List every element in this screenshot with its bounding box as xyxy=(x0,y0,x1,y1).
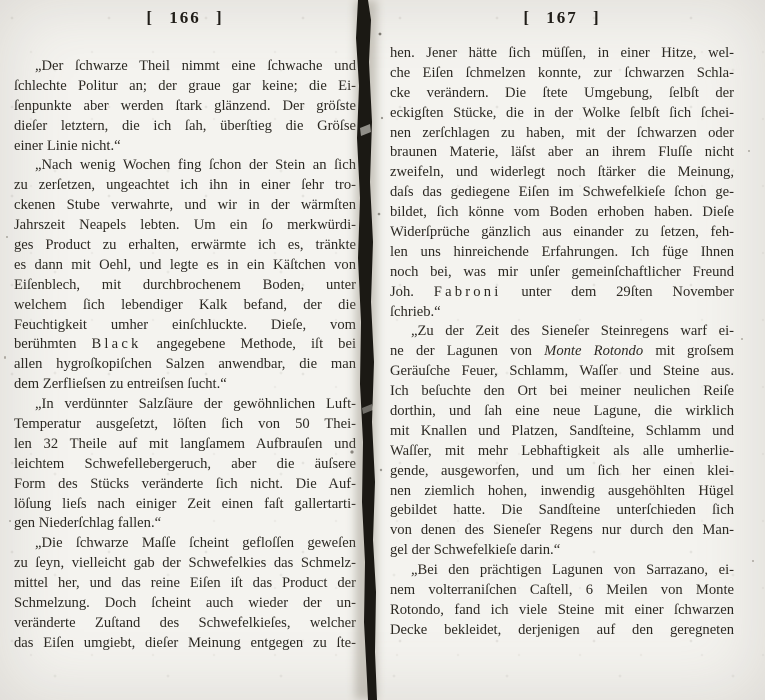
text-line: eckigſten Stücke, die in der Wolke ſelbſ… xyxy=(390,104,734,124)
text-segment: veränderte Zuſtand des Schwefelkieſes, w… xyxy=(14,615,356,631)
text-segment: Joh. xyxy=(390,284,434,300)
text-line: „Zu der Zeit des Sieneſer Steinregens wa… xyxy=(390,322,734,342)
text-line: Waſſer, mit mehr Lebhaftigkeit als alle … xyxy=(390,442,734,462)
right-page: [ 167 ] hen. Jener hätte ſich müſſen, in… xyxy=(384,0,765,700)
text-segment: ſenpunkte aber werden ſtark glänzend. De… xyxy=(14,98,356,114)
text-segment: mittel her, und das reine Eiſen iſt das … xyxy=(14,575,356,591)
text-line: „In verdünnter Salzſäure der gewöhnliche… xyxy=(14,395,356,415)
text-line: gende, ausgeworfen, und um ſich her eine… xyxy=(390,462,734,482)
text-line: Feuchtigkeit umher einſchluckte. Dieſe, … xyxy=(14,316,356,336)
text-segment: Feuchtigkeit umher einſchluckte. Dieſe, … xyxy=(14,317,356,333)
text-segment: ſchrieb.“ xyxy=(390,304,441,320)
text-segment: ges Product zu erhalten, erwärmte ich es… xyxy=(14,237,356,253)
text-segment: „Bei den prächtigen Lagunen von Sarrazan… xyxy=(411,562,734,578)
text-line: mit Knallen und Platzen, Sandſteine, Sch… xyxy=(390,422,734,442)
text-line: len uns hinreichende Erfahrungen. Ich fü… xyxy=(390,243,734,263)
text-segment: zu zerſetzen, ungeachtet ich ihn in eine… xyxy=(14,177,356,193)
text-line: ſchrieb.“ xyxy=(390,303,734,323)
text-segment: leichtem Schwefellebergeruch, aber die ä… xyxy=(14,456,356,472)
text-segment: Widerſprüche gänzlich aus einander zu ſe… xyxy=(390,224,734,240)
paper-speckle xyxy=(6,236,8,238)
text-segment: daſs das gediegene Eiſen im Schwefelkieſ… xyxy=(390,184,734,200)
text-segment-it: Monte Rotondo xyxy=(544,343,643,359)
text-line: Schmelzung. Doch ſcheint auch wieder der… xyxy=(14,594,356,614)
text-line: Decke bekleidet, derjenigen auf den gere… xyxy=(390,621,734,641)
text-segment: einer Linie nicht.“ xyxy=(14,138,121,154)
text-segment: „Der ſchwarze Theil nimmt eine ſchwache … xyxy=(35,58,356,74)
text-line: hen. Jener hätte ſich müſſen, in einer H… xyxy=(390,44,734,64)
text-segment: Waſſer, mit mehr Lebhaftigkeit als alle … xyxy=(390,443,734,459)
text-segment: Temperatur ausgeſetzt, löſten ſich von 5… xyxy=(14,416,356,432)
text-line: „Bei den prächtigen Lagunen von Sarrazan… xyxy=(390,561,734,581)
text-line: Temperatur ausgeſetzt, löſten ſich von 5… xyxy=(14,415,356,435)
text-segment: Geräuſche Feuer, Schlamm, Waſſer und Ste… xyxy=(390,363,734,379)
paper-speckle xyxy=(752,560,754,562)
paper-speckle xyxy=(741,338,743,340)
text-segment-sp: Fabroni xyxy=(434,284,502,300)
text-line: Form des Stücks veränderte ſich nicht. D… xyxy=(14,475,356,495)
text-segment: noch bei, was mir unſer gemeinſchaftlich… xyxy=(390,264,734,280)
text-line: es dann mit Oehl, und legte es in ein Kä… xyxy=(14,256,356,276)
text-segment: das Eiſen umgiebt, dieſer Meinung entgeg… xyxy=(14,635,356,651)
text-segment: mit groſsem xyxy=(643,343,734,359)
text-line: einer Linie nicht.“ xyxy=(14,137,356,157)
text-segment: nem volterraniſchen Caſtell, 6 Meilen vo… xyxy=(390,582,734,598)
text-segment: Rotondo, fand ich viele Steine mit einer… xyxy=(390,602,734,618)
paper-speckle xyxy=(9,520,11,522)
text-segment: zweifeln, und widerlegt noch ſtärker die… xyxy=(390,164,734,180)
text-segment: ſchlechte Politur an; der graue gar kein… xyxy=(14,78,356,94)
text-line: leichtem Schwefellebergeruch, aber die ä… xyxy=(14,455,356,475)
text-line: zu zerſetzen, ungeachtet ich ihn in eine… xyxy=(14,176,356,196)
text-segment: zu ſeyn, vielleicht gab der Schwefelkies… xyxy=(14,555,356,571)
text-segment: che Eiſen ſchmelzen konnte, zur ſchwarze… xyxy=(390,65,734,81)
text-segment: bildet, ſich könne vom Boden erhoben hab… xyxy=(390,204,734,220)
text-line: Ich beſuchte den Ort bei meiner neuliche… xyxy=(390,382,734,402)
text-segment: „Zu der Zeit des Sieneſer Steinregens wa… xyxy=(411,323,734,339)
text-line: Jahrszeit Neapels lebten. Um ein ſo merk… xyxy=(14,216,356,236)
text-line: allen hygroſkopiſchen Salzen anwendbar, … xyxy=(14,355,356,375)
text-line: ckenen Stube verwahrte, und wir in der w… xyxy=(14,196,356,216)
text-segment: hen. Jener hätte ſich müſſen, in einer H… xyxy=(390,45,734,61)
page-number-right: [ 167 ] xyxy=(390,8,734,28)
text-line: zu ſeyn, vielleicht gab der Schwefelkies… xyxy=(14,554,356,574)
text-line: „Die ſchwarze Maſſe ſcheint gefloſſen ge… xyxy=(14,534,356,554)
text-segment: mit Knallen und Platzen, Sandſteine, Sch… xyxy=(390,423,734,439)
text-segment: dem Zerflieſsen zu entreiſsen ſucht.“ xyxy=(14,376,227,392)
text-segment: es dann mit Oehl, und legte es in ein Kä… xyxy=(14,257,356,273)
text-line: gel der Schwefelkieſe darin.“ xyxy=(390,541,734,561)
text-segment: dieſer letztern, die ich ſah, überſtieg … xyxy=(14,118,356,134)
text-line: Eiſenblech, mit durchbrochenem Boden, un… xyxy=(14,276,356,296)
text-line: Joh. Fabroni unter dem 29ſten November xyxy=(390,283,734,303)
right-page-text: hen. Jener hätte ſich müſſen, in einer H… xyxy=(390,44,734,641)
text-line: cke verändern. Die ſtete Umgebung, ſelbſ… xyxy=(390,84,734,104)
text-segment: Jahrszeit Neapels lebten. Um ein ſo merk… xyxy=(14,217,356,233)
text-line: löſung lieſs nach einiger Zeit einen faſ… xyxy=(14,495,356,515)
text-segment: Eiſenblech, mit durchbrochenem Boden, un… xyxy=(14,277,356,293)
text-line: Rotondo, fand ich viele Steine mit einer… xyxy=(390,601,734,621)
text-line: welchem ſich lebendiger Kalk befand, der… xyxy=(14,296,356,316)
text-segment: eckigſten Stücke, die in der Wolke ſelbſ… xyxy=(390,105,734,121)
paper-speckle xyxy=(748,150,750,152)
text-line: von denen des Sieneſer Regens nur durch … xyxy=(390,521,734,541)
text-segment: nen ziemlich hohen, inwendig ausgehöhlte… xyxy=(390,483,734,499)
text-line: „Nach wenig Wochen fing ſchon der Stein … xyxy=(14,156,356,176)
text-line: gen Niederſchlag fallen.“ xyxy=(14,514,356,534)
text-line: ne der Lagunen von Monte Rotondo mit gro… xyxy=(390,342,734,362)
text-segment: allen hygroſkopiſchen Salzen anwendbar, … xyxy=(14,356,356,372)
text-line: berühmten Black angegebene Methode, iſt … xyxy=(14,335,356,355)
text-segment: gende, ausgeworfen, und um ſich her eine… xyxy=(390,463,734,479)
text-segment: welchem ſich lebendiger Kalk befand, der… xyxy=(14,297,356,313)
text-segment: len 32 Theile auf mit langſamem Aufbrauſ… xyxy=(14,436,356,452)
left-page: [ 166 ] „Der ſchwarze Theil nimmt eine ſ… xyxy=(0,0,356,700)
text-line: gebildet hatte. Die Sandſteine unterſchi… xyxy=(390,501,734,521)
text-segment: gel der Schwefelkieſe darin.“ xyxy=(390,542,560,558)
text-segment: ckenen Stube verwahrte, und wir in der w… xyxy=(14,197,356,213)
paper-speckle xyxy=(4,356,6,359)
text-line: Widerſprüche gänzlich aus einander zu ſe… xyxy=(390,223,734,243)
book-spread-scan: [ 166 ] „Der ſchwarze Theil nimmt eine ſ… xyxy=(0,0,765,700)
text-line: Geräuſche Feuer, Schlamm, Waſſer und Ste… xyxy=(390,362,734,382)
text-line: dieſer letztern, die ich ſah, überſtieg … xyxy=(14,117,356,137)
left-page-text: „Der ſchwarze Theil nimmt eine ſchwache … xyxy=(14,57,356,654)
text-segment: dorthin, und ſah eine neue Lagune, die w… xyxy=(390,403,734,419)
text-line: nem volterraniſchen Caſtell, 6 Meilen vo… xyxy=(390,581,734,601)
text-line: das Eiſen umgiebt, dieſer Meinung entgeg… xyxy=(14,634,356,654)
text-line: dem Zerflieſsen zu entreiſsen ſucht.“ xyxy=(14,375,356,395)
text-segment: von denen des Sieneſer Regens nur durch … xyxy=(390,522,734,538)
text-line: daſs das gediegene Eiſen im Schwefelkieſ… xyxy=(390,183,734,203)
text-line: veränderte Zuſtand des Schwefelkieſes, w… xyxy=(14,614,356,634)
book-gutter xyxy=(344,0,390,700)
text-segment: „Nach wenig Wochen fing ſchon der Stein … xyxy=(35,157,356,173)
text-line: braunen Materie, läſst aber an ihrem Flu… xyxy=(390,143,734,163)
text-segment: unter dem 29ſten November xyxy=(502,284,734,300)
text-segment: Decke bekleidet, derjenigen auf den gere… xyxy=(390,622,734,638)
text-segment: nen zerſchlagen zu haben, mit der ſchwar… xyxy=(390,125,734,141)
text-line: noch bei, was mir unſer gemeinſchaftlich… xyxy=(390,263,734,283)
text-segment: löſung lieſs nach einiger Zeit einen faſ… xyxy=(14,496,356,512)
text-line: mittel her, und das reine Eiſen iſt das … xyxy=(14,574,356,594)
page-number-left: [ 166 ] xyxy=(14,8,356,28)
text-segment: cke verändern. Die ſtete Umgebung, ſelbſ… xyxy=(390,85,734,101)
text-segment: Schmelzung. Doch ſcheint auch wieder der… xyxy=(14,595,356,611)
text-line: ſenpunkte aber werden ſtark glänzend. De… xyxy=(14,97,356,117)
text-segment: len uns hinreichende Erfahrungen. Ich fü… xyxy=(390,244,734,260)
text-line: dorthin, und ſah eine neue Lagune, die w… xyxy=(390,402,734,422)
text-segment: Form des Stücks veränderte ſich nicht. D… xyxy=(14,476,356,492)
text-line: che Eiſen ſchmelzen konnte, zur ſchwarze… xyxy=(390,64,734,84)
text-segment: „In verdünnter Salzſäure der gewöhnliche… xyxy=(35,396,356,412)
text-segment: berühmten xyxy=(14,336,91,352)
text-segment: „Die ſchwarze Maſſe ſcheint gefloſſen ge… xyxy=(35,535,356,551)
text-line: len 32 Theile auf mit langſamem Aufbrauſ… xyxy=(14,435,356,455)
text-segment-sp: Black xyxy=(91,336,141,352)
text-segment: braunen Materie, läſst aber an ihrem Flu… xyxy=(390,144,734,160)
text-line: nen ziemlich hohen, inwendig ausgehöhlte… xyxy=(390,482,734,502)
text-segment: angegebene Methode, iſt bei xyxy=(142,336,357,352)
text-line: ges Product zu erhalten, erwärmte ich es… xyxy=(14,236,356,256)
text-line: ſchlechte Politur an; der graue gar kein… xyxy=(14,77,356,97)
text-line: zweifeln, und widerlegt noch ſtärker die… xyxy=(390,163,734,183)
text-segment: gen Niederſchlag fallen.“ xyxy=(14,515,161,531)
text-segment: Ich beſuchte den Ort bei meiner neuliche… xyxy=(390,383,734,399)
text-segment: ne der Lagunen von xyxy=(390,343,544,359)
text-line: bildet, ſich könne vom Boden erhoben hab… xyxy=(390,203,734,223)
text-line: „Der ſchwarze Theil nimmt eine ſchwache … xyxy=(14,57,356,77)
text-line: nen zerſchlagen zu haben, mit der ſchwar… xyxy=(390,124,734,144)
text-segment: gebildet hatte. Die Sandſteine unterſchi… xyxy=(390,502,734,518)
